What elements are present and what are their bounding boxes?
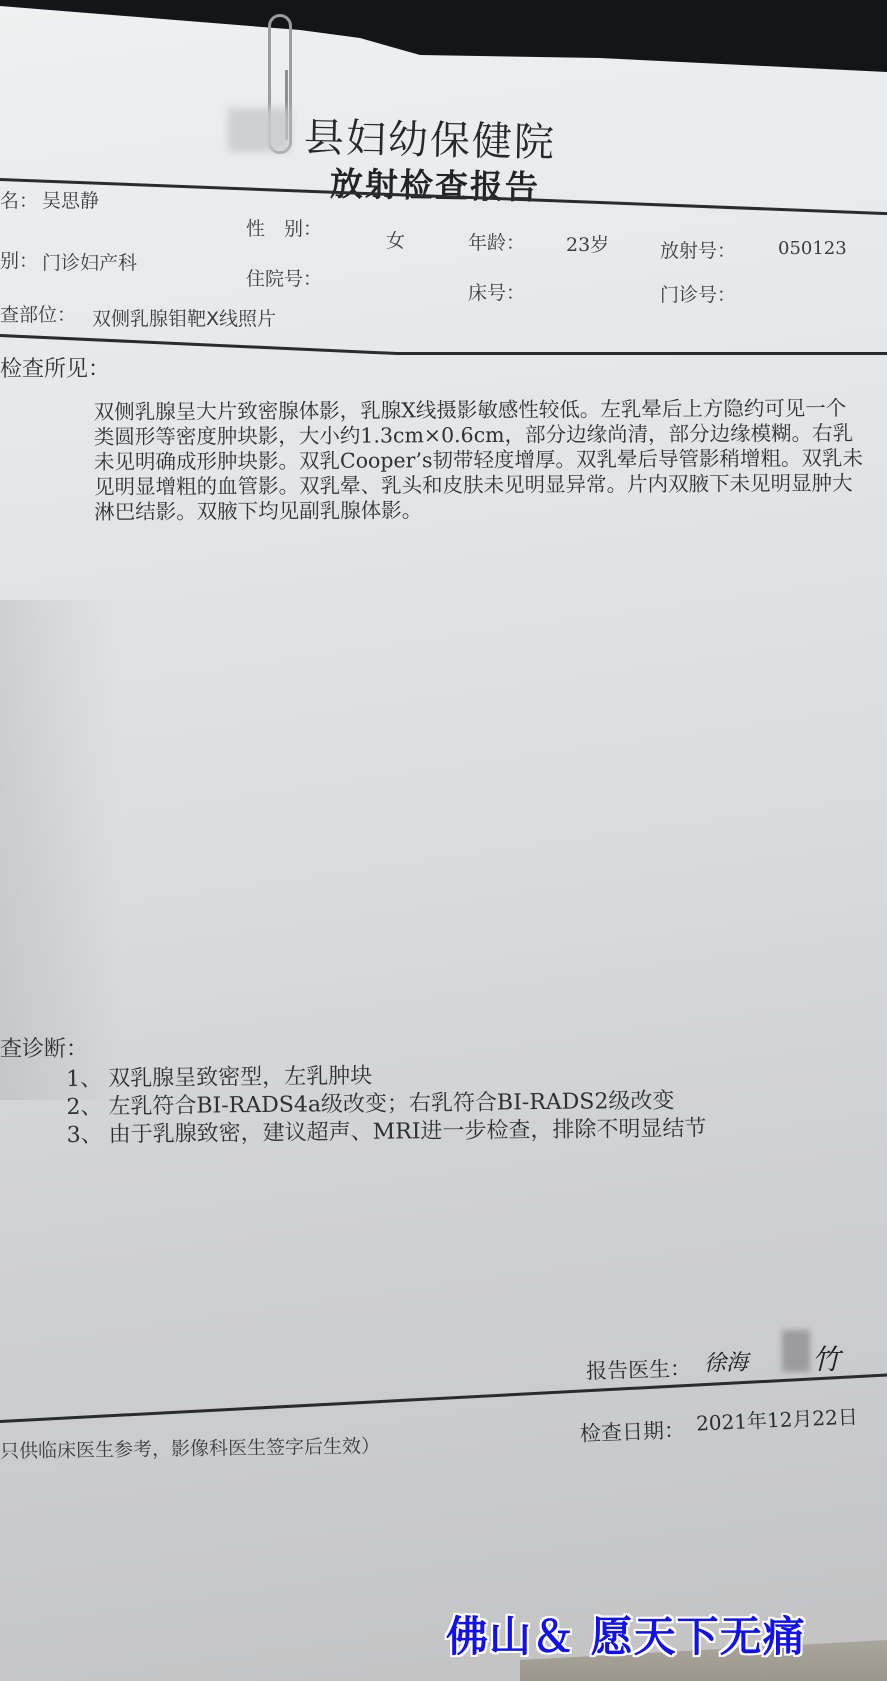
patient-name-label: 名： <box>0 186 38 213</box>
gender-value: 女 <box>386 226 405 253</box>
exam-site-value: 双侧乳腺钼靶X线照片 <box>92 304 276 331</box>
report-title: 放射检查报告 <box>330 158 541 209</box>
diagnosis-item-text: 由于乳腺致密，建议超声、MRI进一步检查，排除不明显结节 <box>109 1116 707 1147</box>
diagnosis-item-text: 双乳腺呈致密型，左乳肿块 <box>108 1064 372 1092</box>
signature-redaction-blur <box>782 1330 810 1372</box>
watermark-text: 佛山＆ 愿天下无痛 <box>446 1604 806 1664</box>
exam-date-label: 检查日期： <box>580 1414 686 1448</box>
doctor-signature: 徐海 <box>704 1345 749 1377</box>
exam-site-label: 查部位： <box>0 300 76 327</box>
hospital-name-obscured-prefix <box>240 150 304 151</box>
diagnosis-heading: 查诊断： <box>0 1032 88 1063</box>
findings-text: 双侧乳腺呈大片致密腺体影，乳腺X线摄影敏感性较低。左乳晕后上方隐约可见一个类圆形… <box>94 396 865 525</box>
diagnosis-item-number: 2、 <box>66 1094 108 1122</box>
doctor-label: 报告医生： <box>586 1353 692 1386</box>
age-value: 23岁 <box>566 230 609 257</box>
gender-label: 性 别： <box>246 214 322 241</box>
department-value: 门诊妇产科 <box>42 248 137 275</box>
radiology-no-value: 050123 <box>778 238 847 259</box>
department-label: 别： <box>0 246 38 273</box>
inpatient-no-label: 住院号： <box>246 264 322 291</box>
doctor-signature-tail: 竹 <box>812 1338 840 1378</box>
diagnosis-item-number: 1、 <box>66 1066 108 1094</box>
bed-no-label: 床号： <box>468 278 525 305</box>
diagnosis-list: 1、双乳腺呈致密型，左乳肿块 2、左乳符合BI-RADS4a级改变；右乳符合BI… <box>66 1059 707 1150</box>
diagnosis-item-text: 左乳符合BI-RADS4a级改变；右乳符合BI-RADS2级改变 <box>108 1089 674 1120</box>
age-label: 年龄： <box>468 228 525 255</box>
outpatient-no-label: 门诊号： <box>660 280 736 307</box>
findings-heading: 检查所见： <box>0 352 110 383</box>
patient-info-divider-right <box>398 352 887 355</box>
disclaimer-text: 只供临床医生参考，影像科医生签字后生效） <box>0 1431 380 1463</box>
paper-shadow <box>0 600 120 1100</box>
radiology-no-label: 放射号： <box>660 236 736 263</box>
diagnosis-item-number: 3、 <box>67 1122 109 1150</box>
patient-name-value: 吴思静 <box>42 186 99 213</box>
